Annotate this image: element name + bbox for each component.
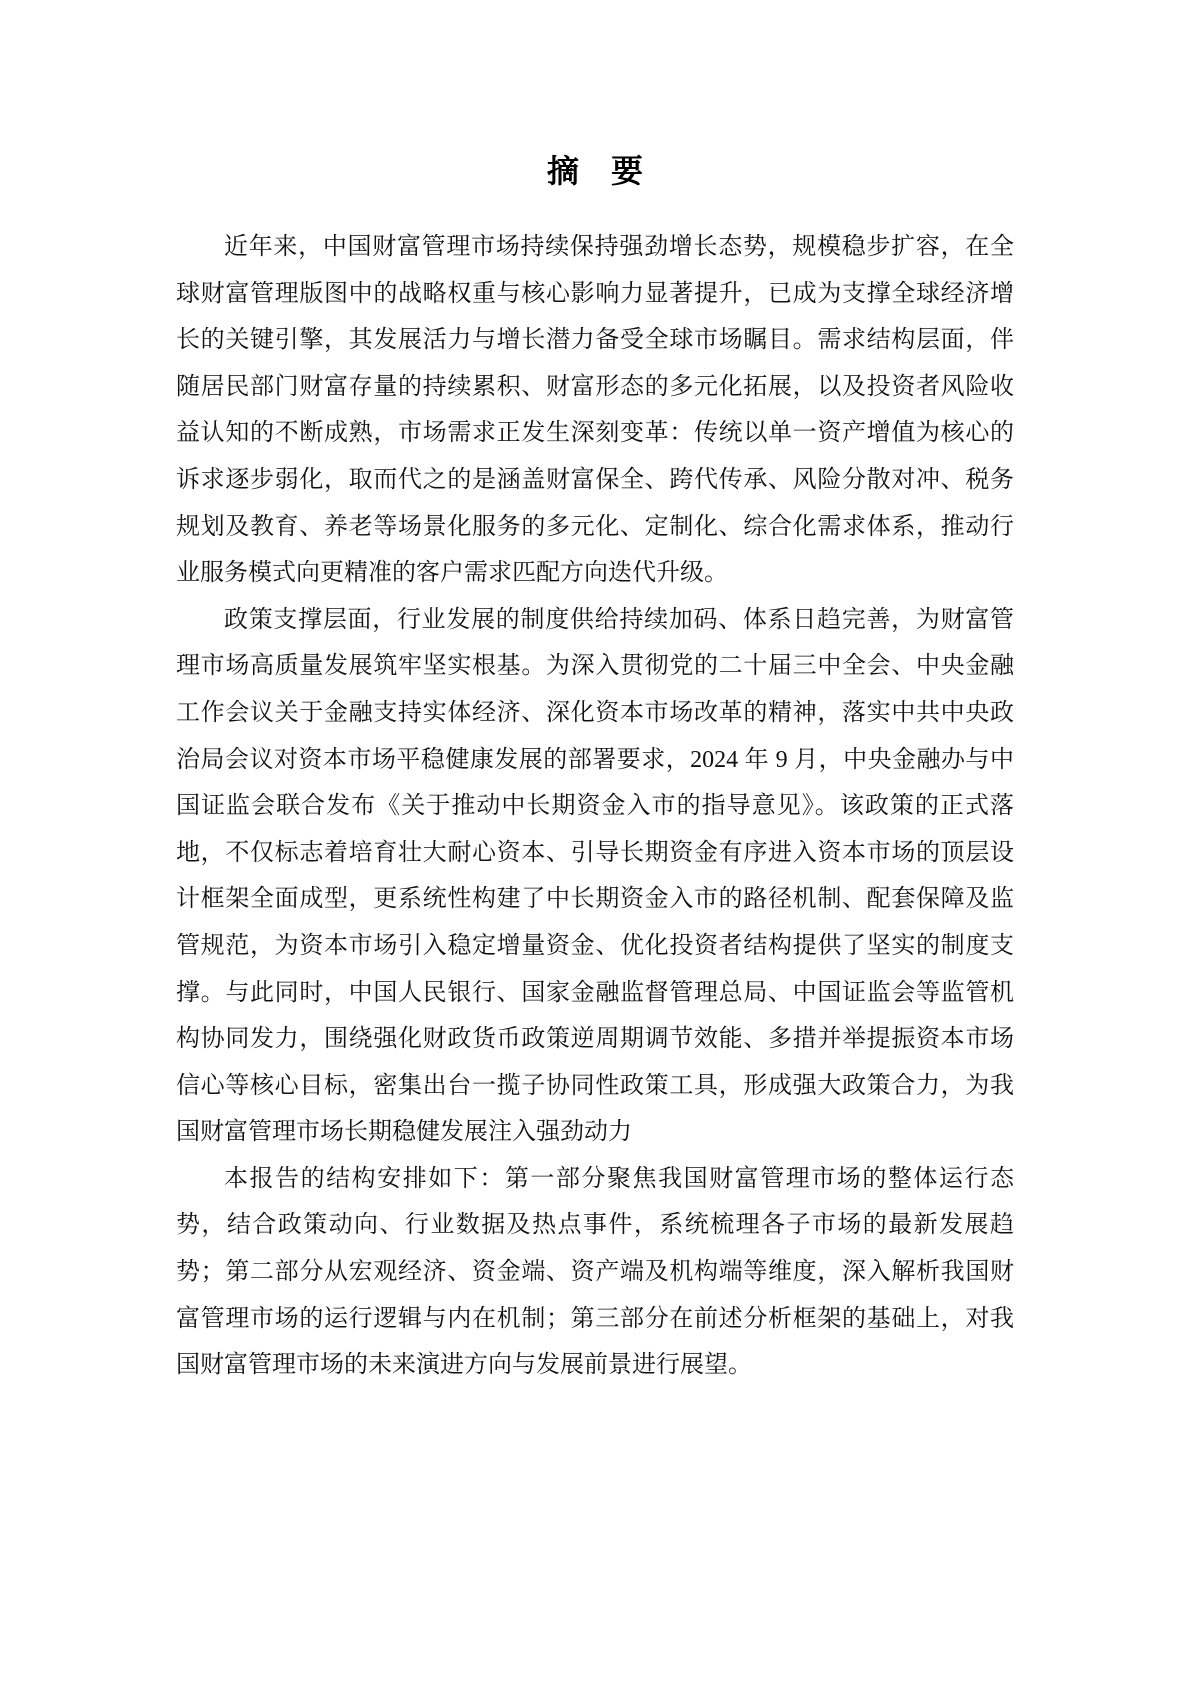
abstract-body: 近年来，中国财富管理市场持续保持强劲增长态势，规模稳步扩容，在全球财富管理版图中…	[176, 224, 1014, 1389]
abstract-paragraph-1: 近年来，中国财富管理市场持续保持强劲增长态势，规模稳步扩容，在全球财富管理版图中…	[176, 224, 1014, 597]
document-page: 摘 要 近年来，中国财富管理市场持续保持强劲增长态势，规模稳步扩容，在全球财富管…	[0, 0, 1190, 1683]
abstract-paragraph-2: 政策支撑层面，行业发展的制度供给持续加码、体系日趋完善，为财富管理市场高质量发展…	[176, 597, 1014, 1156]
abstract-paragraph-3: 本报告的结构安排如下：第一部分聚焦我国财富管理市场的整体运行态势，结合政策动向、…	[176, 1156, 1014, 1389]
abstract-title: 摘 要	[176, 147, 1014, 195]
